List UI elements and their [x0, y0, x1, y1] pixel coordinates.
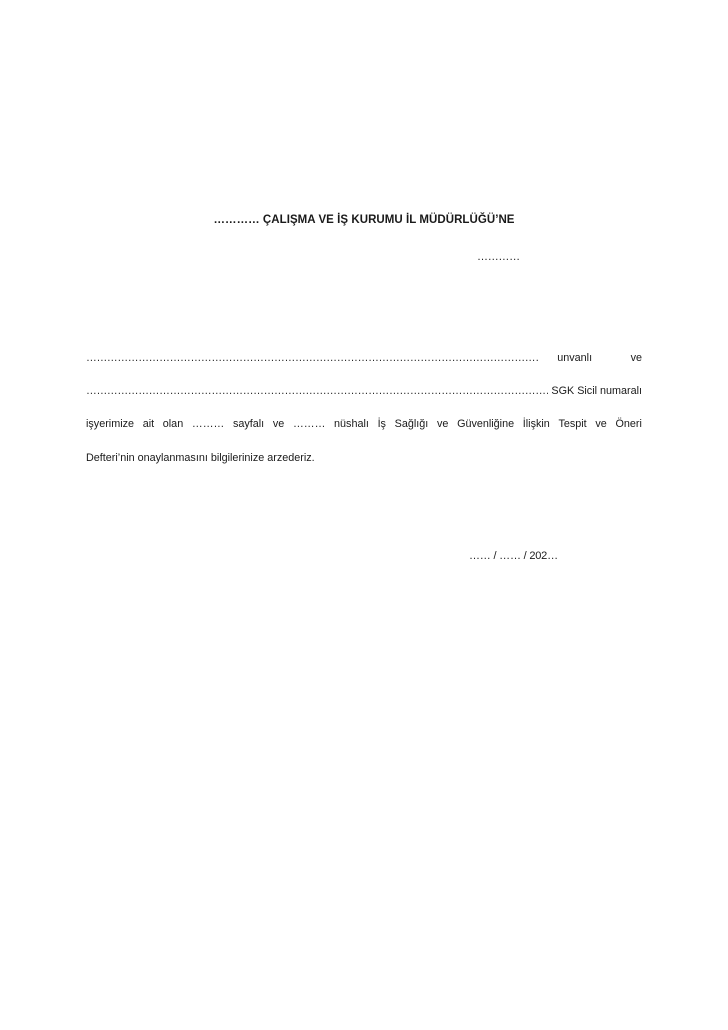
- location-placeholder: …………: [477, 251, 520, 263]
- word: İlişkin: [523, 416, 550, 432]
- word: Sağlığı: [395, 416, 429, 432]
- unvanli-word: unvanlı: [557, 350, 592, 366]
- ve-word: ve: [631, 350, 642, 366]
- word: Tespit: [558, 416, 586, 432]
- paragraph-line-2: ……………………………………………………………………………………………………………: [86, 383, 642, 399]
- word: Öneri: [615, 416, 641, 432]
- word: ait: [143, 416, 154, 432]
- word: İş: [378, 416, 386, 432]
- document-page: ………… ÇALIŞMA VE İŞ KURUMU İL MÜDÜRLÜĞÜ’N…: [0, 0, 728, 1030]
- page-count-blank: ………: [192, 416, 224, 432]
- word: nüshalı: [334, 416, 369, 432]
- date-placeholder: …… / …… / 202…: [469, 550, 558, 562]
- addressee-title: ………… ÇALIŞMA VE İŞ KURUMU İL MÜDÜRLÜĞÜ’N…: [0, 214, 728, 226]
- word: ve: [437, 416, 448, 432]
- sgk-sicil-label: SGK Sicil numaralı: [551, 383, 642, 399]
- word: Güvenliğine: [457, 416, 514, 432]
- copy-count-blank: ………: [293, 416, 325, 432]
- paragraph-line-3: işyerimize ait olan ……… sayfalı ve ……… n…: [86, 416, 642, 432]
- paragraph-line-4: Defteri’nin onaylanmasını bilgilerinize …: [86, 450, 642, 466]
- word: ve: [273, 416, 284, 432]
- word: sayfalı: [233, 416, 264, 432]
- paragraph-line-1: ……………………………………………………………………………………………………………: [86, 350, 642, 366]
- word: ve: [595, 416, 606, 432]
- word: işyerimize: [86, 416, 134, 432]
- word: olan: [163, 416, 183, 432]
- company-name-blank: ……………………………………………………………………………………………………………: [86, 350, 538, 366]
- addressee-title-text: ………… ÇALIŞMA VE İŞ KURUMU İL MÜDÜRLÜĞÜ’N…: [213, 214, 514, 226]
- sgk-number-blank: ……………………………………………………………………………………………………………: [86, 383, 548, 399]
